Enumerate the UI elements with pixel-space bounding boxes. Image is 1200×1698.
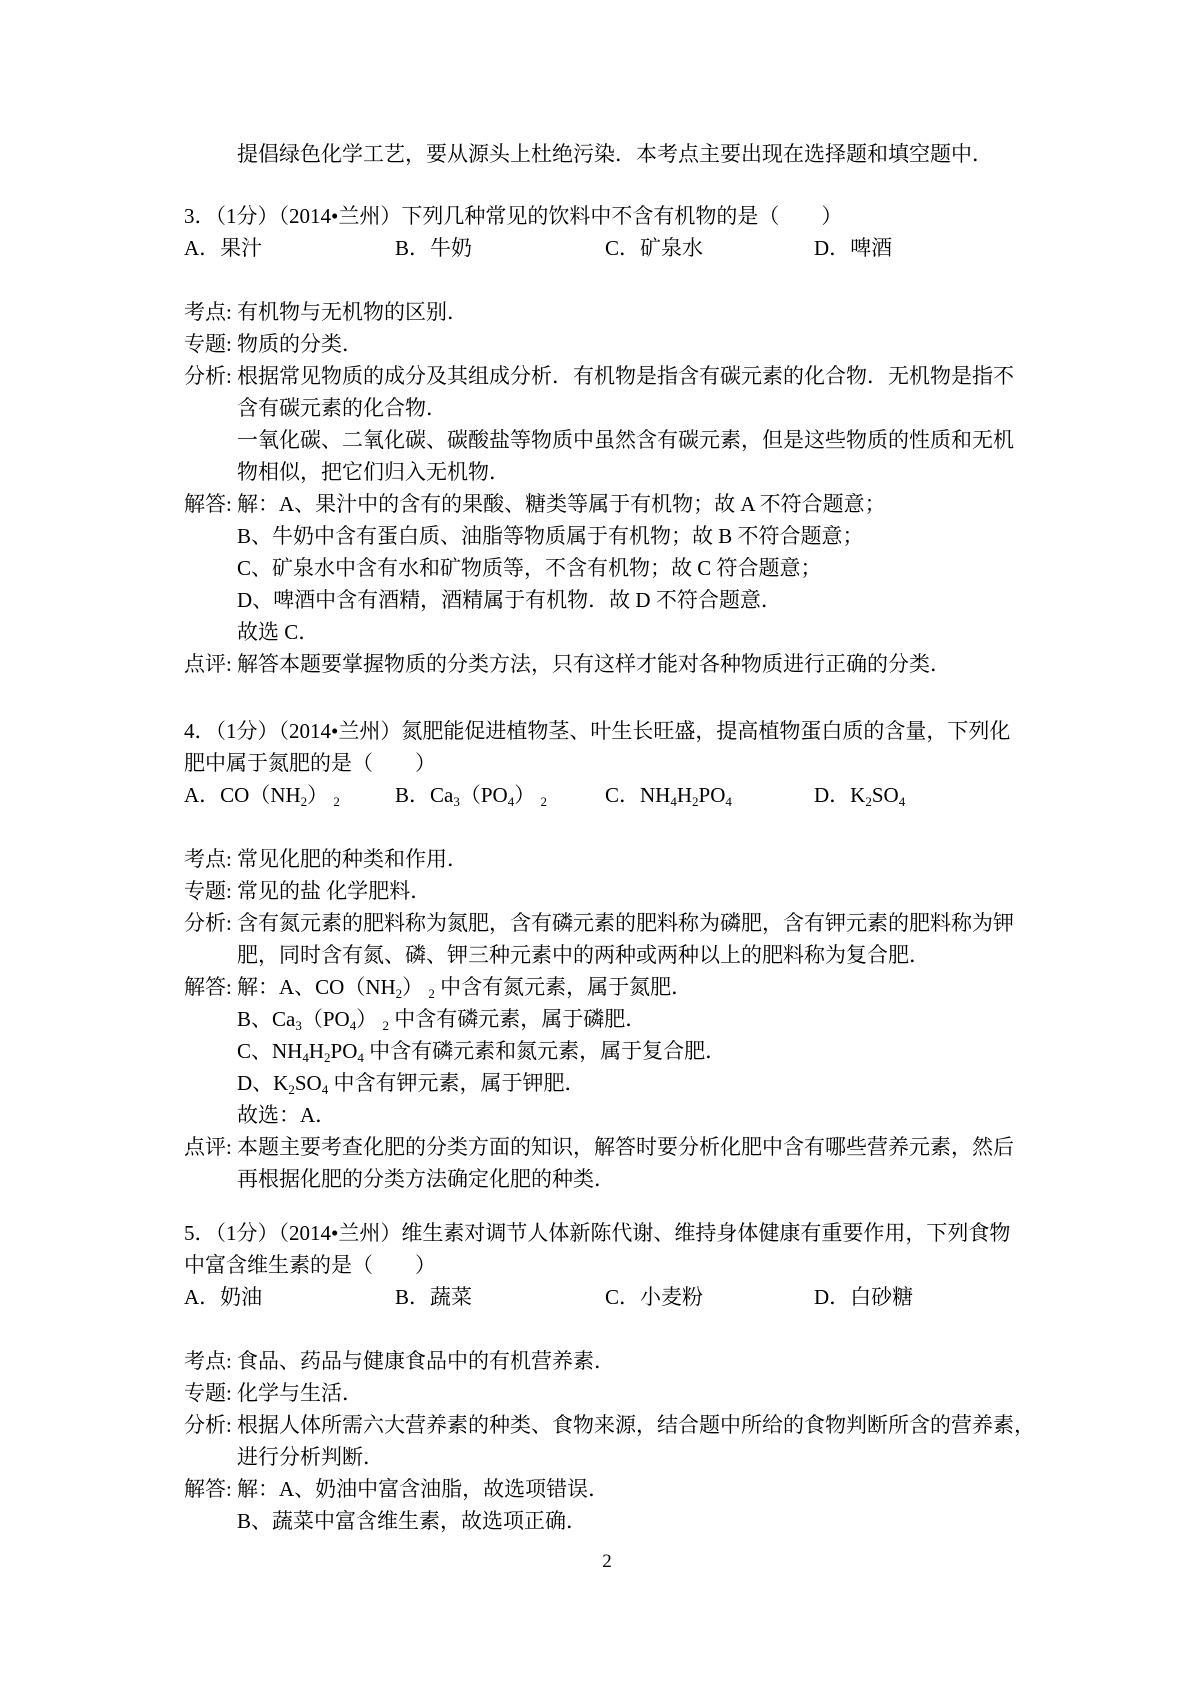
answer-line-1: 解：A、果汁中的含有的果酸、糖类等属于有机物；故 A 不符合题意； bbox=[237, 488, 1030, 520]
answer-label: 解答: bbox=[184, 488, 237, 520]
topic-label: 专题: bbox=[184, 328, 237, 360]
answer-label: 解答: bbox=[184, 971, 237, 1003]
topic-row: 专题: 常见的盐 化学肥料． bbox=[184, 875, 1030, 907]
answer-label: 解答: bbox=[184, 1473, 237, 1505]
answer-line-1: 解：A、CO（NH2） 2 中含有氮元素，属于氮肥． bbox=[237, 971, 1030, 1003]
question-block-4: 4．（1分）（2014•兰州）氮肥能促进植物茎、叶生长旺盛，提高植物蛋白质的含量… bbox=[184, 715, 1030, 1195]
analysis-row: 分析: 根据人体所需六大营养素的种类、食物来源，结合题中所给的食物判断所含的营养… bbox=[184, 1409, 1030, 1441]
exam-point-text: 有机物与无机物的区别． bbox=[237, 296, 1030, 328]
option-b: B．牛奶 bbox=[395, 232, 472, 264]
exam-point-row: 考点: 常见化肥的种类和作用． bbox=[184, 843, 1030, 875]
analysis-line-4: 物相似，把它们归入无机物． bbox=[184, 456, 1030, 488]
answer-line-1: 解：A、奶油中富含油脂，故选项错误． bbox=[237, 1473, 1030, 1505]
page-number: 2 bbox=[184, 1550, 1030, 1574]
answer-line-4: D、K2SO4 中含有钾元素，属于钾肥． bbox=[184, 1067, 1030, 1099]
analysis-line-2: 含有碳元素的化合物． bbox=[184, 392, 1030, 424]
document-page: 提倡绿色化学工艺，要从源头上杜绝污染．本考点主要出现在选择题和填空题中． 3．（… bbox=[0, 0, 1200, 1698]
option-d: D．K2SO4 bbox=[814, 779, 905, 811]
answer-line-4: D、啤酒中含有酒精，酒精属于有机物．故 D 不符合题意． bbox=[184, 584, 1030, 616]
option-c: C．NH4H2PO4 bbox=[605, 779, 732, 811]
comment-line-1: 本题主要考查化肥的分类方面的知识，解答时要分析化肥中含有哪些营养元素，然后 bbox=[237, 1131, 1030, 1163]
option-a: A．CO（NH2） 2 bbox=[184, 779, 340, 811]
answer-row: 解答: 解：A、CO（NH2） 2 中含有氮元素，属于氮肥． bbox=[184, 971, 1030, 1003]
question-block-3: 3．（1分）（2014•兰州）下列几种常见的饮料中不含有机物的是（ ） A．果汁… bbox=[184, 200, 1030, 680]
option-a: A．奶油 bbox=[184, 1281, 262, 1313]
question-4-stem-line-1: 4．（1分）（2014•兰州）氮肥能促进植物茎、叶生长旺盛，提高植物蛋白质的含量… bbox=[184, 715, 1030, 747]
topic-row: 专题: 物质的分类． bbox=[184, 328, 1030, 360]
answer-conclusion: 故选：A． bbox=[184, 1099, 1030, 1131]
comment-label: 点评: bbox=[184, 1131, 237, 1163]
comment-label: 点评: bbox=[184, 648, 237, 680]
question-5-stem-line-1: 5．（1分）（2014•兰州）维生素对调节人体新陈代谢、维持身体健康有重要作用，… bbox=[184, 1217, 1030, 1249]
option-b: B．Ca3（PO4） 2 bbox=[395, 779, 547, 811]
exam-point-label: 考点: bbox=[184, 296, 237, 328]
option-d: D．啤酒 bbox=[814, 232, 892, 264]
exam-point-row: 考点: 有机物与无机物的区别． bbox=[184, 296, 1030, 328]
carryover-line: 提倡绿色化学工艺，要从源头上杜绝污染．本考点主要出现在选择题和填空题中． bbox=[184, 138, 1030, 170]
option-a: A．果汁 bbox=[184, 232, 262, 264]
question-3-options-row: A．果汁 B．牛奶 C．矿泉水 D．啤酒 bbox=[184, 232, 1030, 264]
topic-text: 物质的分类． bbox=[237, 328, 1030, 360]
answer-line-2: B、Ca3（PO4） 2 中含有磷元素，属于磷肥． bbox=[184, 1003, 1030, 1035]
analysis-label: 分析: bbox=[184, 360, 237, 392]
exam-point-text: 食品、药品与健康食品中的有机营养素． bbox=[237, 1345, 1030, 1377]
analysis-line-2: 肥，同时含有氮、磷、钾三种元素中的两种或两种以上的肥料称为复合肥． bbox=[184, 939, 1030, 971]
analysis-label: 分析: bbox=[184, 1409, 237, 1441]
analysis-line-2: 进行分析判断． bbox=[184, 1441, 1030, 1473]
topic-label: 专题: bbox=[184, 1377, 237, 1409]
analysis-line-1: 根据常见物质的成分及其组成分析．有机物是指含有碳元素的化合物．无机物是指不 bbox=[237, 360, 1030, 392]
analysis-line-3: 一氧化碳、二氧化碳、碳酸盐等物质中虽然含有碳元素，但是这些物质的性质和无机 bbox=[184, 424, 1030, 456]
question-3-stem: 3．（1分）（2014•兰州）下列几种常见的饮料中不含有机物的是（ ） bbox=[184, 200, 1030, 232]
answer-line-3: C、NH4H2PO4 中含有磷元素和氮元素，属于复合肥． bbox=[184, 1035, 1030, 1067]
exam-point-label: 考点: bbox=[184, 1345, 237, 1377]
question-5-stem-line-2: 中富含维生素的是（ ） bbox=[184, 1249, 1030, 1281]
analysis-line-1: 根据人体所需六大营养素的种类、食物来源，结合题中所给的食物判断所含的营养素， bbox=[237, 1409, 1035, 1441]
topic-row: 专题: 化学与生活． bbox=[184, 1377, 1030, 1409]
comment-row: 点评: 本题主要考查化肥的分类方面的知识，解答时要分析化肥中含有哪些营养元素，然… bbox=[184, 1131, 1030, 1163]
question-4-options-row: A．CO（NH2） 2 B．Ca3（PO4） 2 C．NH4H2PO4 D．K2… bbox=[184, 779, 1030, 811]
answer-conclusion: 故选 C． bbox=[184, 616, 1030, 648]
comment-line-2: 再根据化肥的分类方法确定化肥的种类． bbox=[184, 1163, 1030, 1195]
question-4-stem-line-2: 肥中属于氮肥的是（ ） bbox=[184, 747, 1030, 779]
option-c: C．小麦粉 bbox=[605, 1281, 703, 1313]
exam-point-label: 考点: bbox=[184, 843, 237, 875]
comment-line-1: 解答本题要掌握物质的分类方法，只有这样才能对各种物质进行正确的分类． bbox=[237, 648, 1030, 680]
question-block-5: 5．（1分）（2014•兰州）维生素对调节人体新陈代谢、维持身体健康有重要作用，… bbox=[184, 1217, 1030, 1537]
comment-row: 点评: 解答本题要掌握物质的分类方法，只有这样才能对各种物质进行正确的分类． bbox=[184, 648, 1030, 680]
answer-row: 解答: 解：A、奶油中富含油脂，故选项错误． bbox=[184, 1473, 1030, 1505]
answer-line-2: B、蔬菜中富含维生素，故选项正确． bbox=[184, 1505, 1030, 1537]
option-d: D．白砂糖 bbox=[814, 1281, 913, 1313]
answer-row: 解答: 解：A、果汁中的含有的果酸、糖类等属于有机物；故 A 不符合题意； bbox=[184, 488, 1030, 520]
analysis-row: 分析: 含有氮元素的肥料称为氮肥，含有磷元素的肥料称为磷肥，含有钾元素的肥料称为… bbox=[184, 907, 1030, 939]
question-5-options-row: A．奶油 B．蔬菜 C．小麦粉 D．白砂糖 bbox=[184, 1281, 1030, 1313]
topic-text: 常见的盐 化学肥料． bbox=[237, 875, 1030, 907]
topic-text: 化学与生活． bbox=[237, 1377, 1030, 1409]
answer-line-2: B、牛奶中含有蛋白质、油脂等物质属于有机物；故 B 不符合题意； bbox=[184, 520, 1030, 552]
option-c: C．矿泉水 bbox=[605, 232, 703, 264]
carryover-block: 提倡绿色化学工艺，要从源头上杜绝污染．本考点主要出现在选择题和填空题中． bbox=[184, 138, 1030, 170]
option-b: B．蔬菜 bbox=[395, 1281, 472, 1313]
topic-label: 专题: bbox=[184, 875, 237, 907]
exam-point-text: 常见化肥的种类和作用． bbox=[237, 843, 1030, 875]
analysis-line-1: 含有氮元素的肥料称为氮肥，含有磷元素的肥料称为磷肥，含有钾元素的肥料称为钾 bbox=[237, 907, 1030, 939]
answer-line-3: C、矿泉水中含有水和矿物质等，不含有机物；故 C 符合题意； bbox=[184, 552, 1030, 584]
analysis-row: 分析: 根据常见物质的成分及其组成分析．有机物是指含有碳元素的化合物．无机物是指… bbox=[184, 360, 1030, 392]
exam-point-row: 考点: 食品、药品与健康食品中的有机营养素． bbox=[184, 1345, 1030, 1377]
analysis-label: 分析: bbox=[184, 907, 237, 939]
